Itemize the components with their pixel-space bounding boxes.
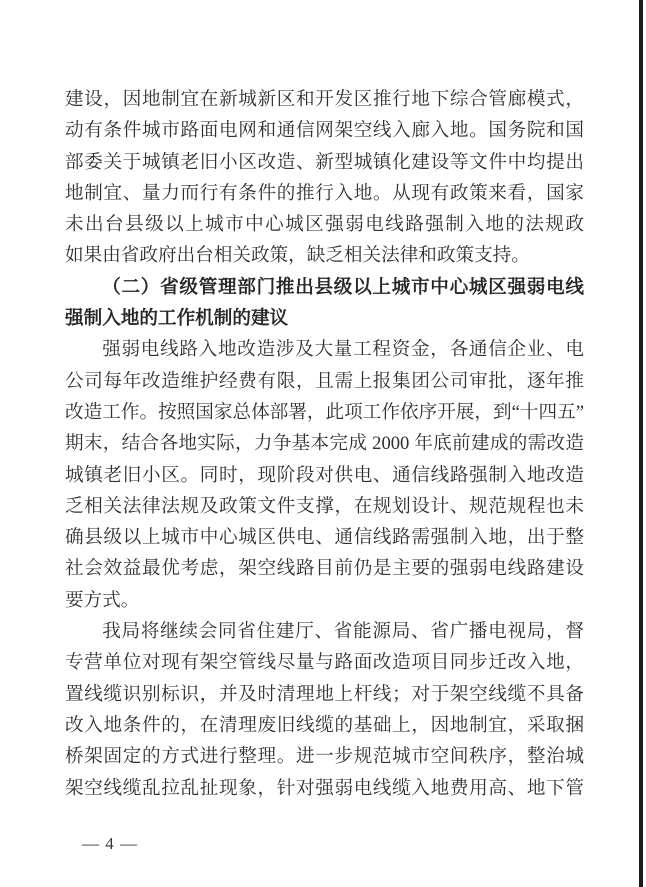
document-line: 改造工作。按照国家总体部署，此项工作依序开展，到“十四五” (65, 397, 584, 428)
section-heading-line: （二）省级管理部门推出县级以上城市中心城区强弱电线路 (65, 272, 584, 303)
document-page: 建设，因地制宜在新城新区和开发区推行地下综合管廊模式，推动有条件城市路面电网和通… (0, 0, 646, 887)
document-body: 建设，因地制宜在新城新区和开发区推行地下综合管廊模式，推动有条件城市路面电网和通… (65, 84, 584, 804)
document-line: 置线缆识别标识，并及时清理地上杆线；对于架空线缆不具备迁 (65, 679, 584, 710)
document-line: 确县级以上城市中心城区供电、通信线路需强制入地，出于整体 (65, 522, 584, 553)
document-line: 桥架固定的方式进行整理。进一步规范城市空间秩序，整治城区 (65, 741, 584, 772)
document-line: 地制宜、量力而行有条件的推行入地。从现有政策来看，国家尚 (65, 178, 584, 209)
document-line: 期末，结合各地实际，力争基本完成 2000 年底前建成的需改造 (65, 428, 584, 459)
document-line: 社会效益最优考虑，架空线路目前仍是主要的强弱电线路建设主 (65, 553, 584, 584)
document-line: 部委关于城镇老旧小区改造、新型城镇化建设等文件中均提出因 (65, 147, 584, 178)
section-heading-line: 强制入地的工作机制的建议 (65, 303, 584, 334)
document-line: 如果由省政府出台相关政策，缺乏相关法律和政策支持。 (65, 240, 584, 271)
document-line: 建设，因地制宜在新城新区和开发区推行地下综合管廊模式，推 (65, 84, 584, 115)
scan-edge-line (639, 0, 643, 887)
document-line: 公司每年改造维护经费有限，且需上报集团公司审批，逐年推进 (65, 366, 584, 397)
document-line: 要方式。 (65, 585, 584, 616)
document-line: 城镇老旧小区。同时，现阶段对供电、通信线路强制入地改造缺 (65, 460, 584, 491)
document-line: 动有条件城市路面电网和通信网架空线入廊入地。国务院和国家 (65, 115, 584, 146)
document-line: 改入地条件的，在清理废旧线缆的基础上，因地制宜，采取捆扎、 (65, 710, 584, 741)
document-line: 乏相关法律法规及政策文件支撑，在规划设计、规范规程也未明 (65, 491, 584, 522)
page-number: — 4 — (82, 833, 138, 855)
document-line: 未出台县级以上城市中心城区强弱电线路强制入地的法规政策， (65, 209, 584, 240)
document-line: 架空线缆乱拉乱扯现象，针对强弱电线缆入地费用高、地下管线 (65, 773, 584, 804)
document-line: 专营单位对现有架空管线尽量与路面改造项目同步迁改入地，设 (65, 647, 584, 678)
document-line: 强弱电线路入地改造涉及大量工程资金，各通信企业、电网 (65, 334, 584, 365)
document-line: 我局将继续会同省住建厅、省能源局、省广播电视局，督促 (65, 616, 584, 647)
